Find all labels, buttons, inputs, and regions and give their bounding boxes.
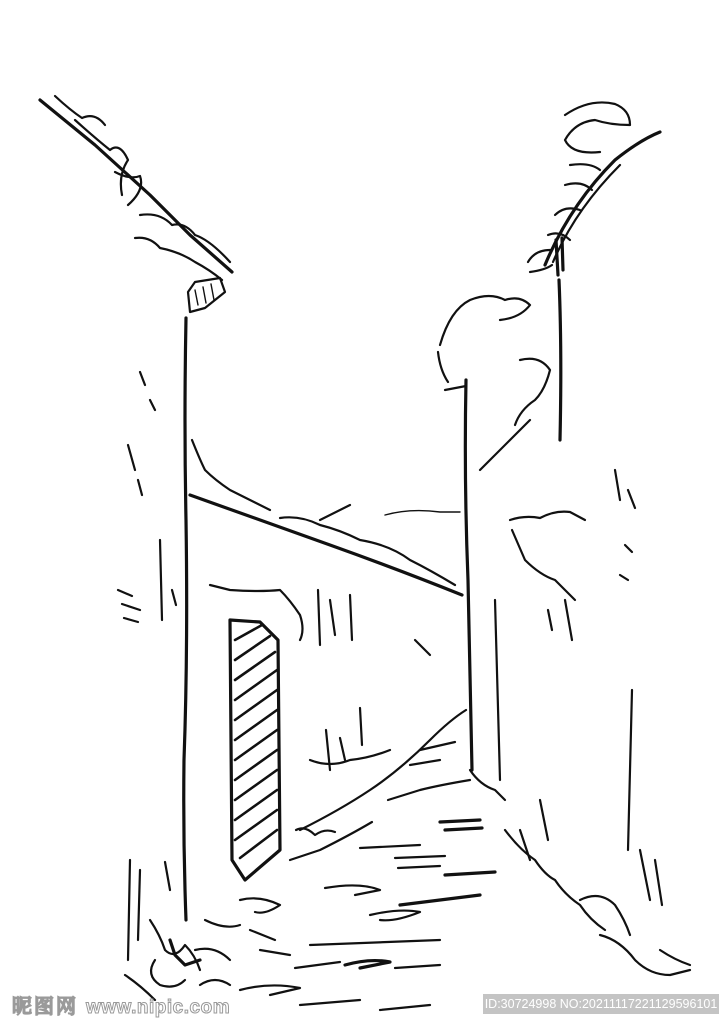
foreground-vegetation — [125, 800, 690, 1000]
right-roof-eave — [528, 102, 660, 275]
left-roof-eave — [40, 96, 232, 312]
right-wall — [438, 280, 662, 905]
cobblestone-ground — [195, 820, 495, 1010]
dark-doorway — [230, 620, 280, 880]
site-name-cn: 昵图网 — [12, 996, 78, 1018]
left-wall — [118, 318, 187, 960]
image-id-watermark: ID:30724998 NO:20211117221129596101 — [483, 994, 719, 1014]
site-url: www.nipic.com — [86, 997, 230, 1018]
alley-sketch-drawing — [0, 0, 719, 1024]
site-watermark: 昵图网www.nipic.com — [12, 990, 230, 1019]
